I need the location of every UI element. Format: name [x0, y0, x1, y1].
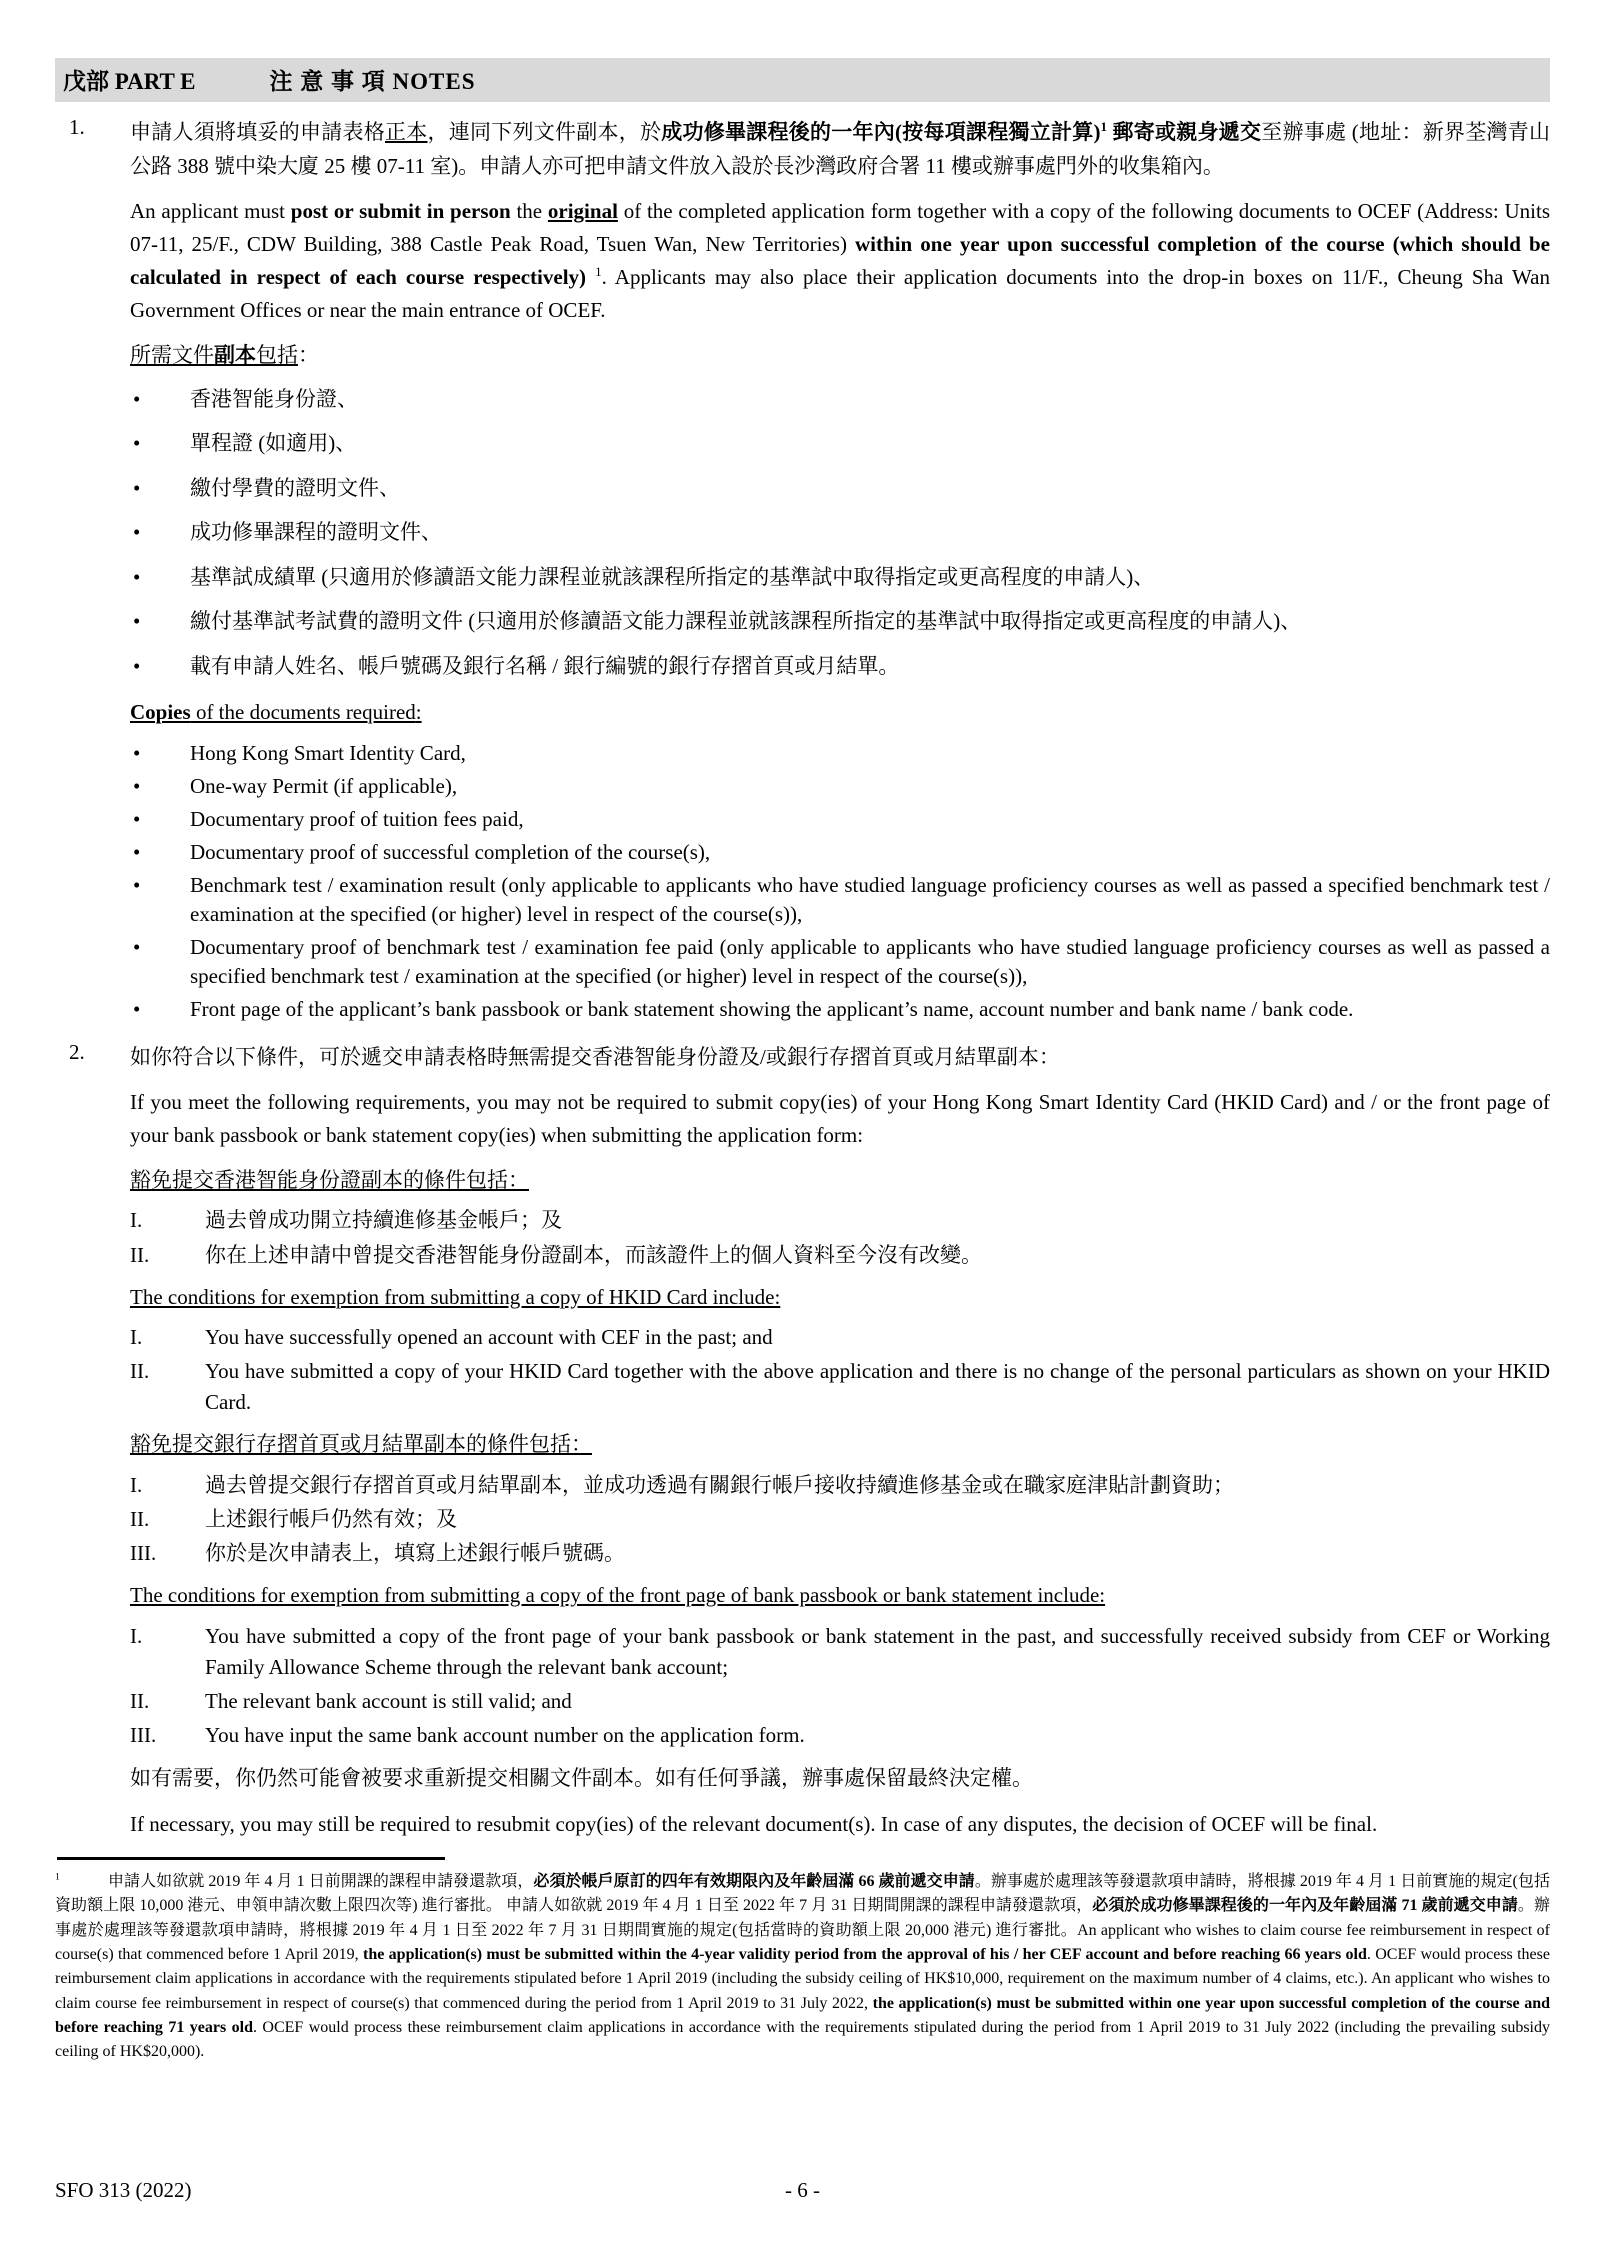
part-e-header: 戊部 PART E 注 意 事 項 NOTES	[55, 58, 1550, 102]
note-1: 1. 申請人須將填妥的申請表格正本，連同下列文件副本，於成功修畢課程後的一年內(…	[55, 115, 1550, 1024]
list-item: 成功修畢課程的證明文件、	[130, 516, 1550, 550]
part-label: 戊部 PART E	[63, 63, 196, 96]
roman-numeral: III.	[130, 1720, 156, 1751]
list-item: One-way Permit (if applicable),	[130, 772, 1550, 801]
closing-paragraph-en: If necessary, you may still be required …	[130, 1808, 1550, 1841]
list-item-text: The relevant bank account is still valid…	[205, 1689, 572, 1713]
bank-exemption-list-en: I. You have submitted a copy of the fron…	[130, 1621, 1550, 1751]
list-item: I. You have submitted a copy of the fron…	[130, 1621, 1550, 1683]
closing-paragraph-zh: 如有需要，你仍然可能會被要求重新提交相關文件副本。如有任何爭議，辦事處保留最終決…	[130, 1761, 1550, 1795]
note-2-paragraph-zh: 如你符合以下條件，可於遞交申請表格時無需提交香港智能身份證及/或銀行存摺首頁或月…	[130, 1040, 1550, 1074]
list-item: I. 過去曾提交銀行存摺首頁或月結單副本，並成功透過有關銀行帳戶接收持續進修基金…	[130, 1470, 1550, 1501]
roman-numeral: I.	[130, 1621, 142, 1652]
page-title: 注 意 事 項 NOTES	[270, 63, 476, 96]
list-item: Benchmark test / examination result (onl…	[130, 871, 1550, 929]
list-item: Documentary proof of tuition fees paid,	[130, 805, 1550, 834]
hkid-exemption-heading-en: The conditions for exemption from submit…	[130, 1281, 1550, 1314]
footnote: 1申請人如欲就 2019 年 4 月 1 日前開課的課程申請發還款項，必須於帳戶…	[55, 1870, 1550, 2065]
list-item: 載有申請人姓名、帳戶號碼及銀行名稱 / 銀行編號的銀行存摺首頁或月結單。	[130, 650, 1550, 684]
roman-numeral: II.	[130, 1356, 149, 1387]
list-item: II. The relevant bank account is still v…	[130, 1686, 1550, 1717]
list-item-text: 你於是次申請表上，填寫上述銀行帳戶號碼。	[205, 1541, 625, 1565]
page-footer: SFO 313 (2022) - 6 -	[55, 2178, 1550, 2203]
note-1-paragraph-zh: 申請人須將填妥的申請表格正本，連同下列文件副本，於成功修畢課程後的一年內(按每項…	[130, 115, 1550, 183]
note-2: 2. 如你符合以下條件，可於遞交申請表格時無需提交香港智能身份證及/或銀行存摺首…	[55, 1040, 1550, 1841]
roman-numeral: I.	[130, 1470, 142, 1501]
list-item: Documentary proof of benchmark test / ex…	[130, 933, 1550, 991]
docs-heading-en: Copies of the documents required:	[130, 696, 1550, 730]
list-item-text: You have submitted a copy of the front p…	[205, 1624, 1550, 1679]
roman-numeral: II.	[130, 1686, 149, 1717]
list-item: II. You have submitted a copy of your HK…	[130, 1356, 1550, 1418]
list-item: Hong Kong Smart Identity Card,	[130, 739, 1550, 768]
docs-heading-zh: 所需文件副本包括：	[130, 339, 1550, 373]
list-item: III. You have input the same bank accoun…	[130, 1720, 1550, 1751]
list-item: 基準試成績單 (只適用於修讀語文能力課程並就該課程所指定的基準試中取得指定或更高…	[130, 561, 1550, 595]
bank-exemption-heading-zh: 豁免提交銀行存摺首頁或月結單副本的條件包括：	[130, 1428, 1550, 1461]
docs-list-en: Hong Kong Smart Identity Card, One-way P…	[130, 739, 1550, 1024]
list-item: II. 上述銀行帳戶仍然有效；及	[130, 1504, 1550, 1535]
list-item-text: You have input the same bank account num…	[205, 1723, 805, 1747]
list-item-text: 過去曾成功開立持續進修基金帳戶；及	[205, 1208, 562, 1232]
list-item: II. 你在上述申請中曾提交香港智能身份證副本，而該證件上的個人資料至今沒有改變…	[130, 1240, 1550, 1271]
page-number: - 6 -	[785, 2178, 820, 2203]
hkid-exemption-list-zh: I. 過去曾成功開立持續進修基金帳戶；及 II. 你在上述申請中曾提交香港智能身…	[130, 1205, 1550, 1270]
list-item: 香港智能身份證、	[130, 383, 1550, 417]
list-item: Documentary proof of successful completi…	[130, 838, 1550, 867]
list-item: 繳付基準試考試費的證明文件 (只適用於修讀語文能力課程並就該課程所指定的基準試中…	[130, 605, 1550, 639]
list-item-text: 上述銀行帳戶仍然有效；及	[205, 1507, 457, 1531]
list-item: I. You have successfully opened an accou…	[130, 1322, 1550, 1353]
form-code: SFO 313 (2022)	[55, 2178, 192, 2202]
list-item-text: 你在上述申請中曾提交香港智能身份證副本，而該證件上的個人資料至今沒有改變。	[205, 1243, 982, 1267]
note-1-number: 1.	[69, 115, 85, 140]
list-item: III. 你於是次申請表上，填寫上述銀行帳戶號碼。	[130, 1538, 1550, 1569]
roman-numeral: II.	[130, 1504, 149, 1535]
page-content: 戊部 PART E 注 意 事 項 NOTES 1. 申請人須將填妥的申請表格正…	[0, 0, 1600, 2065]
footnote-block: 1申請人如欲就 2019 年 4 月 1 日前開課的課程申請發還款項，必須於帳戶…	[55, 1857, 1550, 2065]
roman-numeral: III.	[130, 1538, 156, 1569]
roman-numeral: I.	[130, 1205, 142, 1236]
note-2-paragraph-en: If you meet the following requirements, …	[130, 1086, 1550, 1152]
note-2-number: 2.	[69, 1040, 85, 1065]
list-item: 單程證 (如適用)、	[130, 427, 1550, 461]
list-item-text: You have submitted a copy of your HKID C…	[205, 1359, 1550, 1414]
footnote-separator	[57, 1857, 445, 1860]
hkid-exemption-heading-zh: 豁免提交香港智能身份證副本的條件包括：	[130, 1164, 1550, 1197]
roman-numeral: II.	[130, 1240, 149, 1271]
bank-exemption-heading-en: The conditions for exemption from submit…	[130, 1579, 1550, 1612]
bank-exemption-list-zh: I. 過去曾提交銀行存摺首頁或月結單副本，並成功透過有關銀行帳戶接收持續進修基金…	[130, 1470, 1550, 1569]
list-item-text: 過去曾提交銀行存摺首頁或月結單副本，並成功透過有關銀行帳戶接收持續進修基金或在職…	[205, 1473, 1234, 1497]
list-item: Front page of the applicant’s bank passb…	[130, 995, 1550, 1024]
note-1-paragraph-en: An applicant must post or submit in pers…	[130, 195, 1550, 327]
roman-numeral: I.	[130, 1322, 142, 1353]
document-page: 戊部 PART E 注 意 事 項 NOTES 1. 申請人須將填妥的申請表格正…	[0, 0, 1600, 2263]
list-item: 繳付學費的證明文件、	[130, 472, 1550, 506]
docs-list-zh: 香港智能身份證、 單程證 (如適用)、 繳付學費的證明文件、 成功修畢課程的證明…	[130, 383, 1550, 684]
hkid-exemption-list-en: I. You have successfully opened an accou…	[130, 1322, 1550, 1418]
list-item-text: You have successfully opened an account …	[205, 1325, 773, 1349]
list-item: I. 過去曾成功開立持續進修基金帳戶；及	[130, 1205, 1550, 1236]
